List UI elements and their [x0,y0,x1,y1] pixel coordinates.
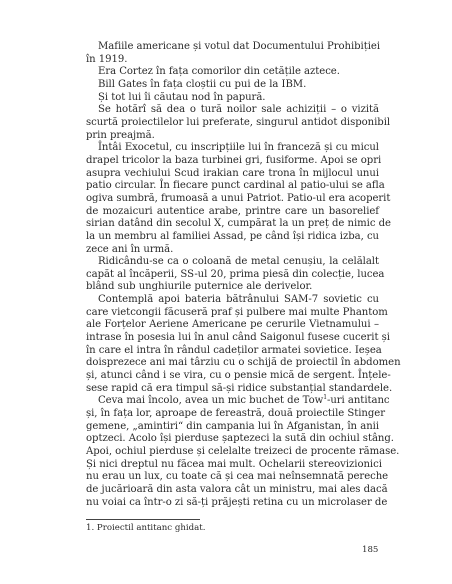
text-line: la un membru al familiei Assad, pe când … [86,231,379,244]
book-page: Mafiile americane și votul dat Documentu… [0,0,452,584]
text-segment: -uri antitanc [327,395,390,406]
text-line: Era Cortez în fața comorilor din cetățil… [86,66,379,79]
text-line: Apoi, ochiul pierduse și celelalte treiz… [86,446,379,459]
text-line: sese rapid că era timpul să-și ridice su… [86,383,379,396]
text-line: de mozaicuri autentice arabe, printre ca… [86,206,379,219]
text-line: sirian datând din secolul X, cumpărat la… [86,218,379,231]
text-line: patio circular. În fiecare punct cardina… [86,180,379,193]
text-line: Ridicându-se ca o coloană de metal cenuș… [86,256,379,269]
text-line: care vietcongii făcuseră praf și pulbere… [86,307,379,320]
footnote: 1. Proiectil antitanc ghidat. [86,522,205,534]
text-line: de jucărioară din asta valora cât un min… [86,484,379,497]
footnote-divider [86,519,200,520]
text-line: Întâi Exocetul, cu inscripțiile lui în f… [86,142,379,155]
text-line: optzeci. Acolo își pierduse șaptezeci la… [86,433,379,446]
text-line: ogiva sumbră, frumoasă a unui Patriot. P… [86,193,379,206]
text-line: Se hotărî să dea o tură noilor sale achi… [86,104,379,117]
text-line: Și nici dreptul nu făcea mai mult. Ochel… [86,459,379,472]
text-line: Mafiile americane și votul dat Documentu… [86,41,379,54]
text-line: gemene, „amintiri“ din campania lui în A… [86,421,379,434]
text-line: și, atunci când i se vira, cu o pensie m… [86,370,379,383]
text-line: intrase în posesia lui în anul când Saig… [86,332,379,345]
text-line: scurtă proiectilelor lui preferate, sing… [86,117,379,130]
text-line: capăt al încăperii, SS-ul 20, prima pies… [86,269,379,282]
text-line: Contemplă apoi bateria bătrânului SAM-7 … [86,294,379,307]
text-line: și, în fața lor, aproape de fereastră, d… [86,408,379,421]
text-line: zece ani în urmă. [86,244,379,257]
text-line: Și tot lui îi căutau nod în papură. [86,92,379,105]
text-segment: Ceva mai încolo, avea un mic buchet de T… [98,395,323,406]
text-line: blând sub unghiurile puternice ale deriv… [86,281,379,294]
body-text: Mafiile americane și votul dat Documentu… [86,41,379,509]
text-line: ale Forțelor Aeriene Americane pe ceruri… [86,319,379,332]
text-line: asupra vechiului Scud irakian care trona… [86,168,379,181]
text-line: nu erau un lux, cu toate că și cea mai n… [86,471,379,484]
text-line: drapel tricolor la baza turbinei gri, fu… [86,155,379,168]
text-line: nu voiai ca într-o zi să-ți prăjești ret… [86,497,379,510]
page-number: 185 [362,544,378,556]
text-line: prin preajmă. [86,130,379,143]
text-line: în 1919. [86,54,379,67]
text-line: doisprezece ani mai târziu cu o schijă d… [86,357,379,370]
text-line-with-footnote-ref: Ceva mai încolo, avea un mic buchet de T… [86,395,379,408]
text-line: Bill Gates în fața cloștii cu pui de la … [86,79,379,92]
text-line: în care el intra în rândul cadeților arm… [86,345,379,358]
